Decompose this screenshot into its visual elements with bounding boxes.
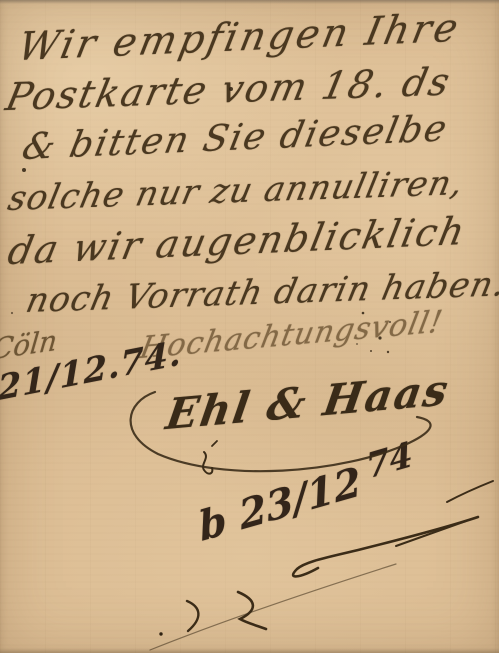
- flourish-chevron-1: [187, 601, 198, 631]
- flourish-dash-upper: [447, 481, 493, 502]
- flourish-faint-diagonal: [150, 564, 396, 650]
- ink-flourishes: [0, 0, 499, 653]
- flourish-dash-lower: [396, 521, 466, 546]
- ink-speckles: [11, 87, 391, 636]
- signature-paraph-accent: [212, 441, 217, 446]
- signature-flourish-oval: [131, 392, 431, 471]
- flourish-chevron-2: [238, 592, 266, 629]
- signature-paraph: [203, 452, 212, 474]
- letter-page: Wir empfingen Ihre Postkarte vom 18. ds …: [0, 0, 499, 653]
